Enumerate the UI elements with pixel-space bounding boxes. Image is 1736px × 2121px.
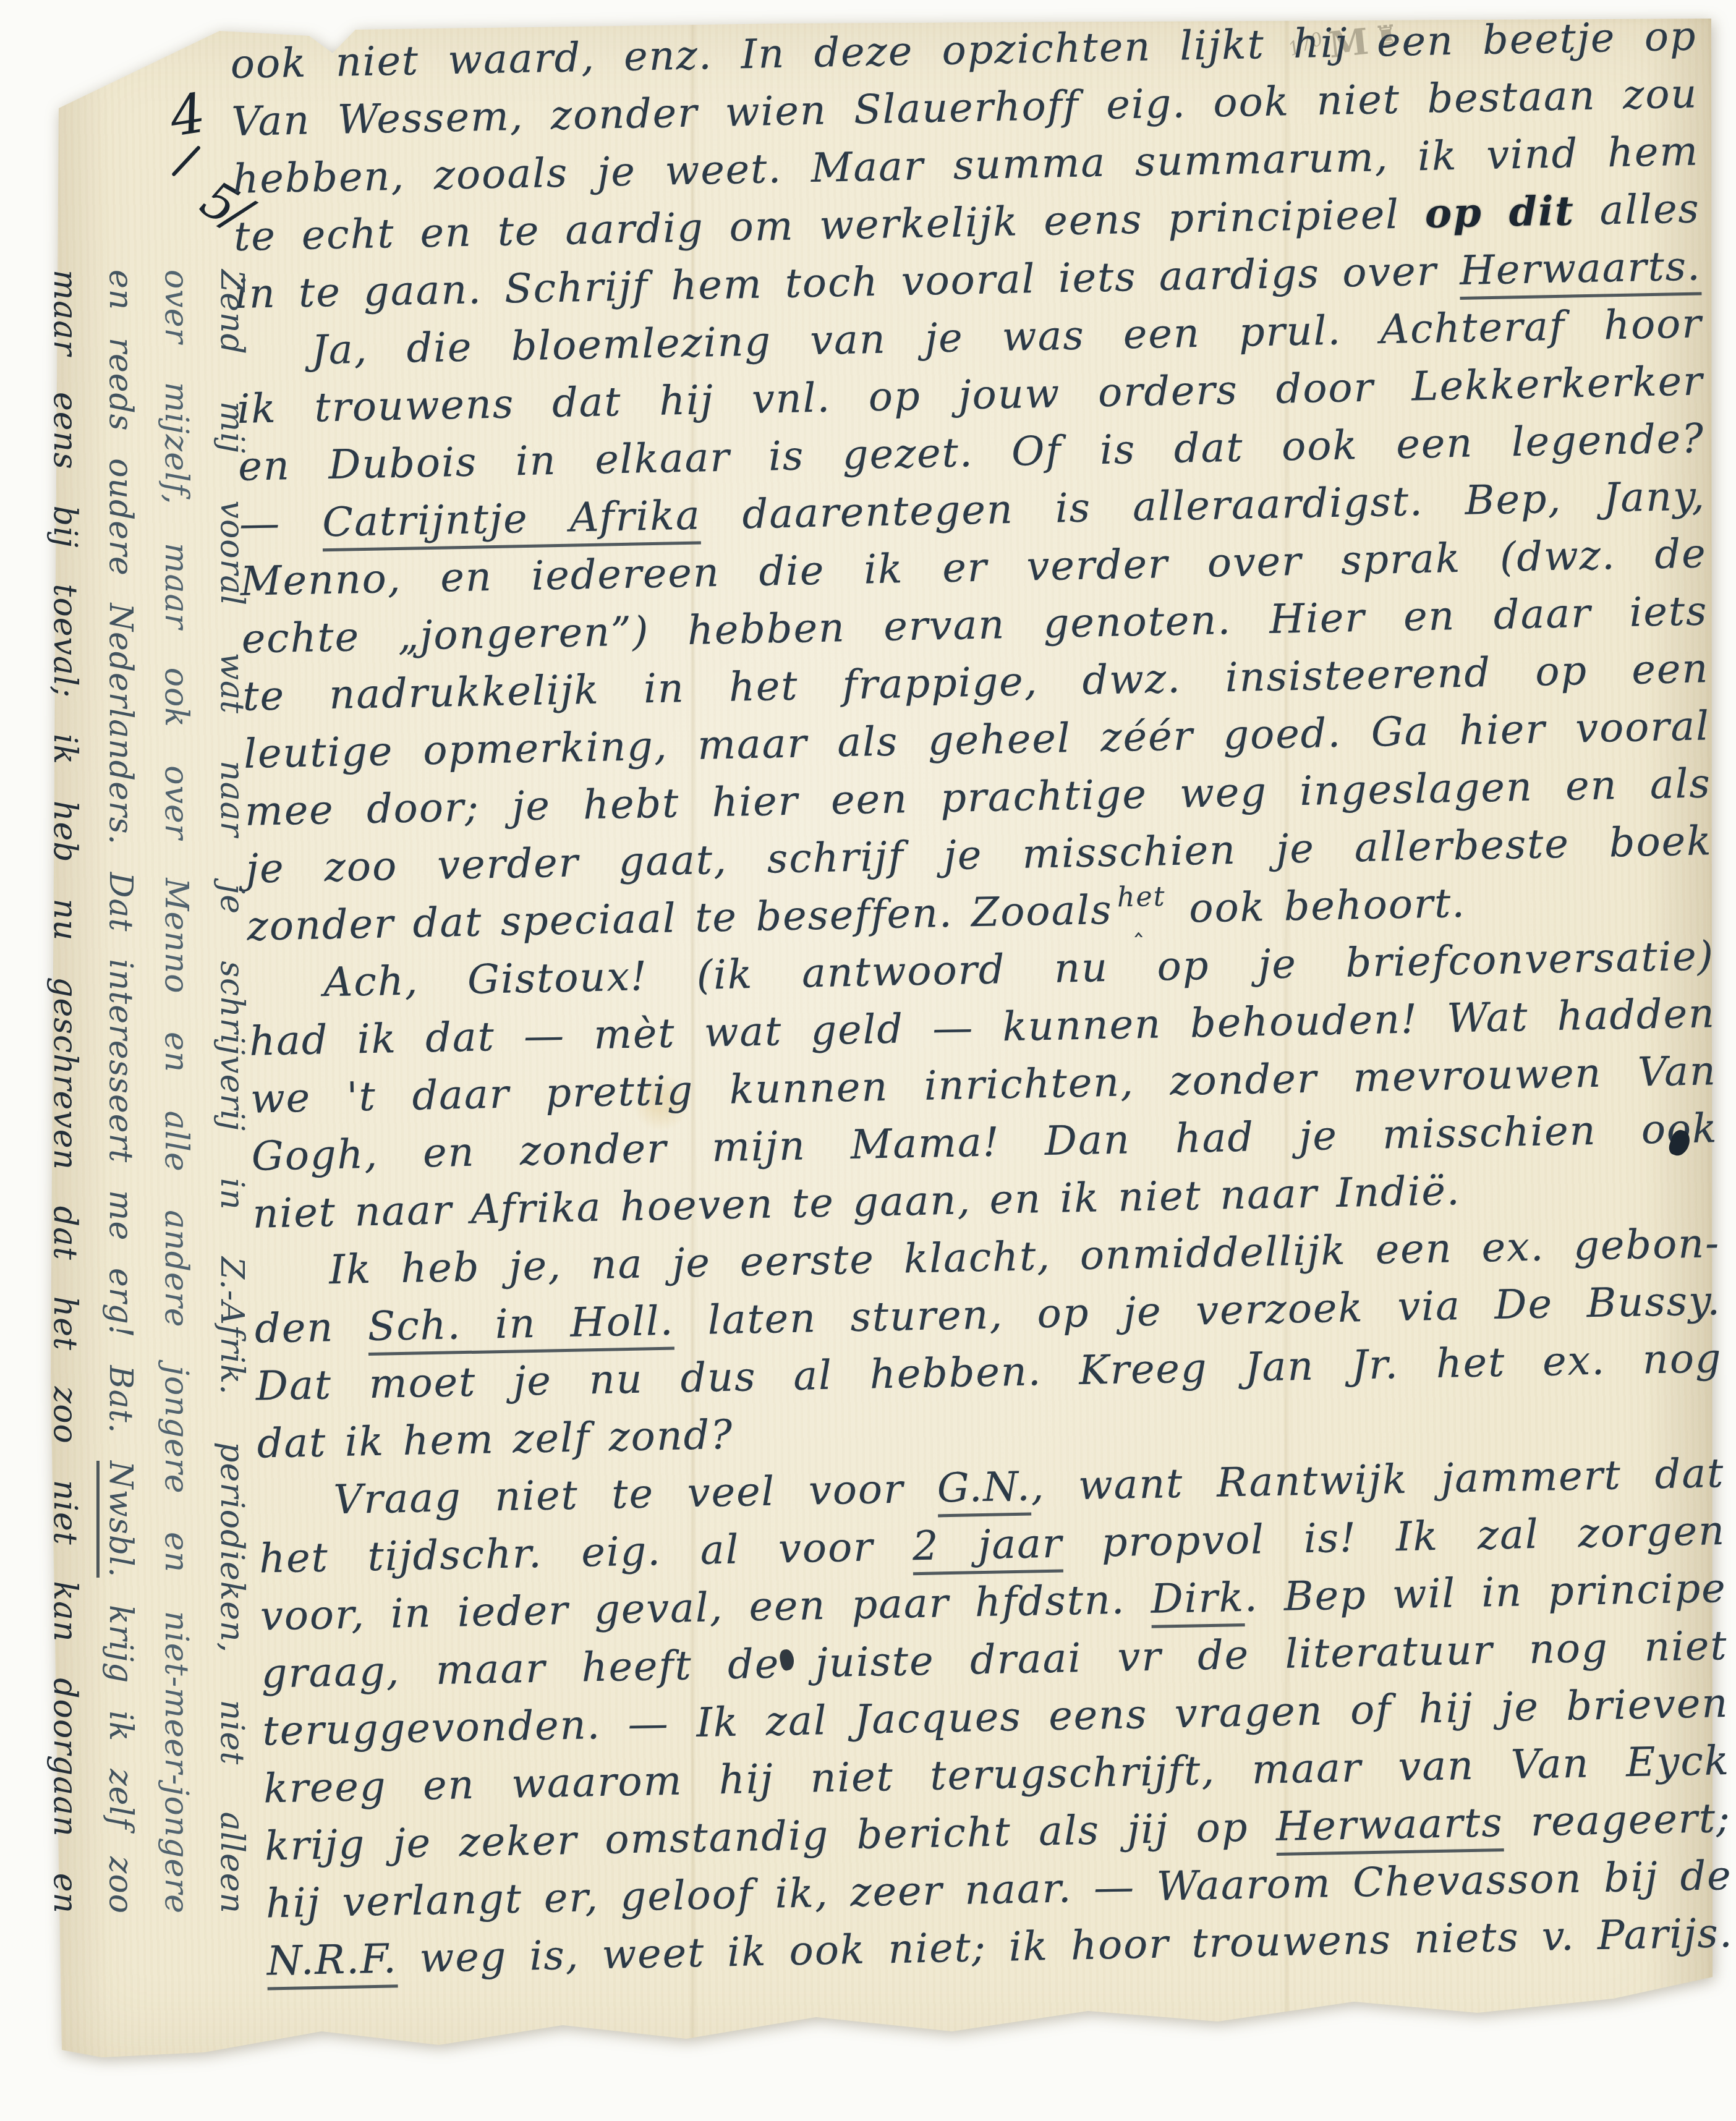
underlined-phrase: Herwaarts. bbox=[1459, 243, 1701, 299]
text-segment: propvol is! Ik zal zorgen bbox=[1062, 1508, 1725, 1567]
paragraph: Ik heb je, na je eerste klacht, onmiddel… bbox=[253, 1215, 1724, 1473]
underlined-phrase: Herwaarts bbox=[1275, 1800, 1504, 1856]
handwriting-line: Zend mij vooral wat naar je schrijverij … bbox=[204, 270, 260, 1914]
text-segment: reageert; bbox=[1503, 1795, 1732, 1846]
scan-background: { "colors": { "ink": "#2c3a47", "ink_dar… bbox=[0, 0, 1736, 2121]
paragraph: ook niet waard, enz. In deze opzichten l… bbox=[230, 7, 1701, 323]
text-segment: Vraag niet te veel voor bbox=[333, 1465, 938, 1523]
text-segment: Zend mij vooral wat naar je schrijverij … bbox=[213, 270, 250, 1914]
text-segment: . Bep wil in principe bbox=[1244, 1565, 1727, 1621]
paragraph: Ach, Gistoux! (ik antwoord nu op je brie… bbox=[248, 927, 1719, 1243]
text-segment: maar eens bij toeval; ik heb nu geschrev… bbox=[46, 270, 83, 1914]
text-segment: zonder dat speciaal te beseffen. Zooals bbox=[247, 887, 1113, 950]
inserted-word: het bbox=[1117, 883, 1166, 912]
underlined-phrase: N.R.F. bbox=[266, 1936, 398, 1990]
underlined-phrase: Dirk bbox=[1151, 1575, 1245, 1628]
text-segment: het tijdschr. eig. al voor bbox=[259, 1523, 913, 1582]
text-segment: op dit bbox=[1424, 187, 1575, 237]
letter-body: ook niet waard, enz. In deze opzichten l… bbox=[230, 7, 1734, 1990]
text-segment: , want Rantwijk jammert dat bbox=[1031, 1450, 1725, 1510]
underlined-phrase: Catrijntje Afrika bbox=[322, 493, 702, 552]
handwriting-line: en reeds oudere Nederlanders. Dat intere… bbox=[93, 270, 148, 1914]
underlined-phrase: Nwsbl. bbox=[96, 1461, 139, 1578]
handwriting-line: over mijzelf, maar ook over Menno en all… bbox=[148, 270, 204, 1914]
text-segment: krijg ik zelf zoo bbox=[102, 1578, 139, 1914]
text-segment: en reeds oudere Nederlanders. Dat intere… bbox=[102, 270, 139, 1461]
text-segment: dat ik hem zelf zond? bbox=[257, 1412, 734, 1468]
paragraph: Ja, die bloemlezing van je was een prul.… bbox=[236, 295, 1714, 955]
paragraph: Vraag niet te veel voor G.N., want Rantw… bbox=[258, 1445, 1734, 1990]
handwriting-line: maar eens bij toeval; ik heb nu geschrev… bbox=[37, 270, 93, 1914]
text-segment: over mijzelf, maar ook over Menno en all… bbox=[158, 270, 195, 1914]
text-segment: den bbox=[254, 1304, 368, 1352]
underlined-phrase: Sch. in Holl. bbox=[367, 1298, 674, 1356]
text-segment: ook behoort. bbox=[1170, 880, 1466, 932]
margin-note: Zend mij vooral wat naar je schrijverij … bbox=[37, 270, 260, 1914]
underlined-phrase: G.N. bbox=[937, 1464, 1031, 1518]
text-segment: alles bbox=[1574, 185, 1700, 234]
underlined-phrase: 2 jaar bbox=[912, 1521, 1063, 1576]
